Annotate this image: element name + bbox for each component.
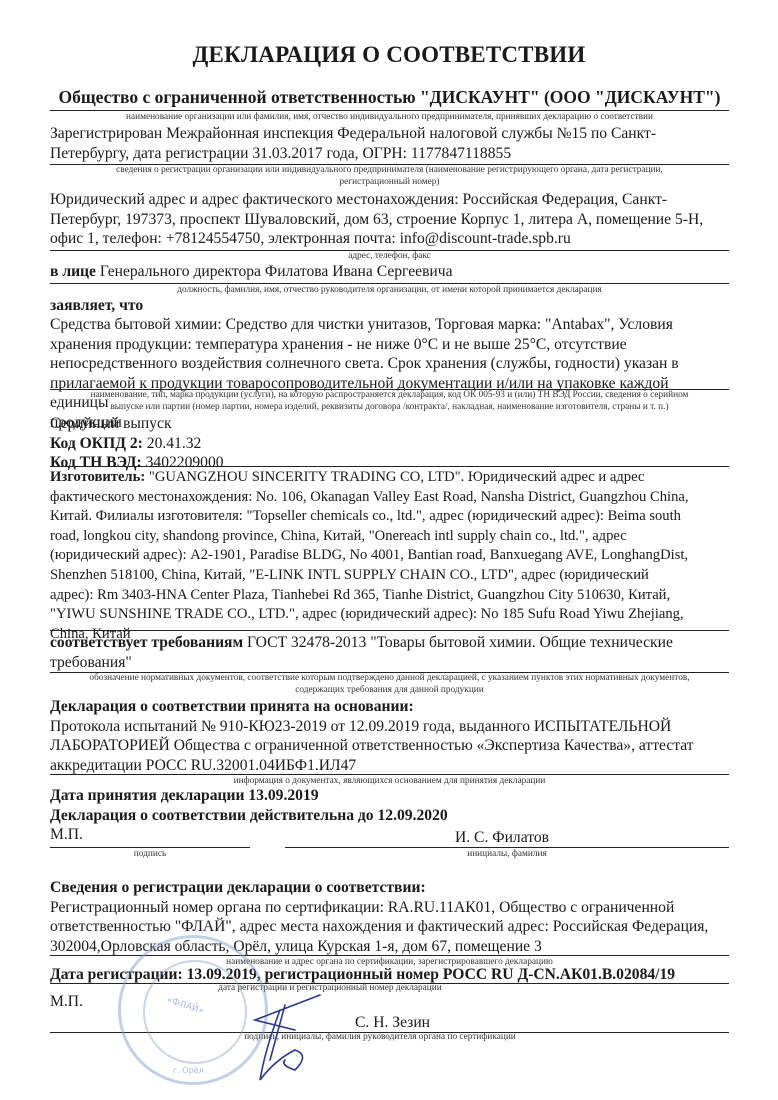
text-line: Shenzhen 518100, China, Китай, "E-LINK I… [50,566,730,586]
signer-name: И. С. Филатов [455,828,655,848]
basis-heading: Декларация о соответствии принята на осн… [50,697,730,717]
registration-heading: Сведения о регистрации декларации о соот… [50,878,730,898]
document-title: ДЕКЛАРАЦИЯ О СООТВЕТСТВИИ [0,42,778,68]
divider [50,466,729,467]
registration-caption: сведения о регистрации организации или и… [50,164,729,188]
caption-line: выпуске или партии (номер партии, номера… [50,401,729,413]
caption-line: сведения о регистрации организации или и… [50,164,729,176]
signature-scribble [225,990,345,1090]
text-line: Китай. Филиалы изготовителя: "Topseller … [50,507,730,527]
text-line: Юридический адрес и адрес фактического м… [50,190,730,210]
caption-line: содержащих требования для данной продукц… [50,684,729,696]
caption-line: регистрационный номер) [50,176,729,188]
text-line: (юридический адрес): A2-1901, Paradise B… [50,546,730,566]
manufacturer: Изготовитель: "GUANGZHOU SINCERITY TRADI… [50,468,730,644]
okpd2-value: 20.41.32 [147,435,202,452]
text-line: ГОСТ 32478-2013 "Товары бытовой химии. О… [247,634,673,651]
caption-line: обозначение нормативных документов, соот… [50,672,729,684]
applicant-name-caption: наименование организации или фамилия, им… [50,111,729,123]
text-line: ЛАБОРАТОРИЕЙ Общества с ограниченной отв… [50,736,730,756]
valid-until: Декларация о соответствии действительна … [50,806,730,826]
text-line: Средства бытовой химии: Средство для чис… [50,315,730,335]
basis: Декларация о соответствии принята на осн… [50,697,730,775]
represented-by: в лице Генерального директора Филатова И… [50,251,730,282]
declares-label: заявляет, что [50,296,730,316]
caption-line: наименование, тип, марка продукции (услу… [50,389,729,401]
text-line: требования" [50,653,730,673]
okpd2-label: Код ОКПД 2: [50,435,143,452]
text-line: аккредитации РОСС RU.32001.04ИБФ1.ИЛ47 [50,756,730,776]
serial-release: Серийный выпуск [50,414,730,434]
acceptance-date: Дата принятия декларации 13.09.2019 [50,786,730,806]
text-line: Петербургу, дата регистрации 31.03.2017 … [50,144,730,164]
text-line: офис 1, телефон: +78124554750, электронн… [50,229,730,249]
represented-caption: должность, фамилия, имя, отчество руково… [50,284,729,296]
text-line: Протокола испытаний № 910-КЮ23-2019 от 1… [50,717,730,737]
divider [50,630,729,631]
text-line: адрес): Rm 3403-HNA Center Plaza, Tianhe… [50,586,730,606]
conformity-label: соответствует требованиям [50,634,243,651]
applicant-address: Юридический адрес и адрес фактического м… [50,190,730,249]
text-line: "YIWU SUNSHINE TRADE CO., LTD.", адрес (… [50,605,730,625]
signature-caption: подпись [50,849,250,859]
represented-by-value: Генерального директора Филатова Ивана Се… [100,263,453,280]
text-line: road, longkou city, shandong province, C… [50,527,730,547]
applicant-registration: Зарегистрирован Межрайонная инспекция Фе… [50,124,730,163]
signature-line [50,847,250,848]
conformity-caption: обозначение нормативных документов, соот… [50,672,729,696]
text-line: фактического местонахождения: No. 106, O… [50,488,730,508]
manufacturer-label: Изготовитель: [50,469,145,485]
product-codes: Серийный выпуск Код ОКПД 2: 20.41.32 Код… [50,414,730,473]
conformity: соответствует требованиям ГОСТ 32478-201… [50,633,730,672]
stamp-bottom-text: г. Орёл [173,1066,204,1075]
product-caption: наименование, тип, марка продукции (услу… [50,389,729,413]
okpd2-code: Код ОКПД 2: 20.41.32 [50,434,730,454]
text-line: "GUANGZHOU SINCERITY TRADING CO, LTD". Ю… [149,469,645,485]
applicant-name: Общество с ограниченной ответственностью… [50,87,729,108]
dates: Дата принятия декларации 13.09.2019 Декл… [50,786,730,825]
registration-info: Сведения о регистрации декларации о соот… [50,878,730,956]
text-line: Петербург, 197373, проспект Шуваловский,… [50,210,730,230]
text-line: непосредственного воздействия солнечного… [50,354,730,374]
text-line: Регистрационный номер органа по сертифик… [50,898,730,918]
text-line: хранения продукции: температура хранения… [50,335,730,355]
name-caption: инициалы, фамилия [285,849,729,859]
represented-by-label: в лице [50,263,96,280]
head-name: С. Н. Зезин [355,1013,555,1033]
text-line: Зарегистрирован Межрайонная инспекция Фе… [50,124,730,144]
name-line [285,847,729,848]
text-line: ответственностью "ФЛАЙ", адрес места нах… [50,917,730,937]
